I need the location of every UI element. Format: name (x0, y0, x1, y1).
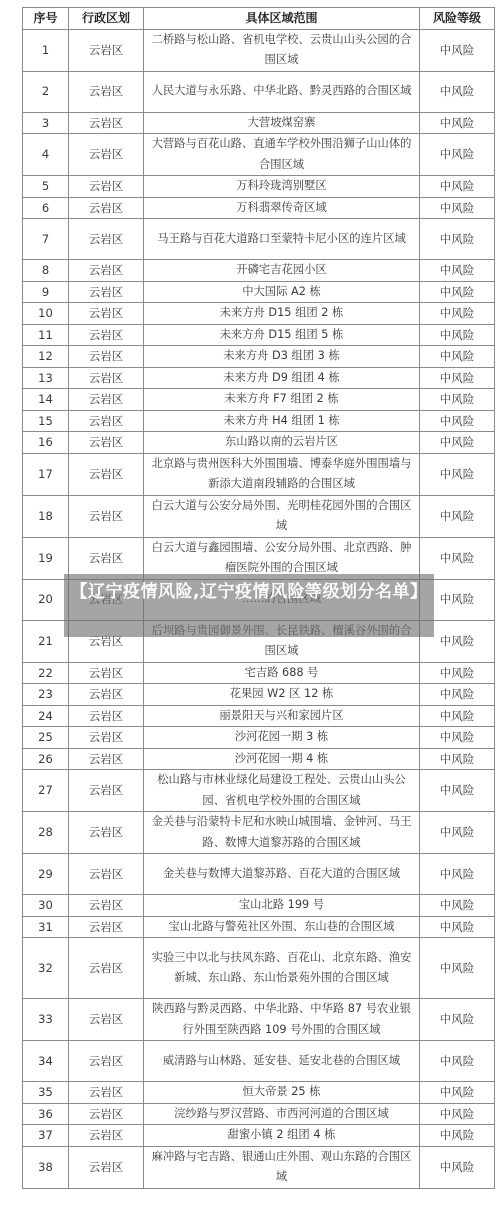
cell-risk-level: 中风险 (420, 176, 495, 198)
cell-risk-level: 中风险 (420, 1125, 495, 1147)
cell-serial-no: 18 (23, 495, 69, 537)
page-top-strip (0, 0, 500, 7)
cell-district: 云岩区 (69, 346, 144, 368)
cell-serial-no: 25 (23, 727, 69, 749)
cell-area-scope: 沙河花园一期 3 栋 (144, 727, 420, 749)
table-row: 22云岩区宅吉路 688 号中风险 (23, 662, 495, 684)
table-row: 25云岩区沙河花园一期 3 栋中风险 (23, 727, 495, 749)
cell-serial-no: 2 (23, 71, 69, 112)
cell-serial-no: 12 (23, 346, 69, 368)
table-row: 11云岩区未来方舟 D15 组团 5 栋中风险 (23, 324, 495, 346)
cell-serial-no: 37 (23, 1125, 69, 1147)
cell-area-scope: 未来方舟 D3 组团 3 栋 (144, 346, 420, 368)
table-row: 33云岩区陕西路与黔灵西路、中华北路、中华路 87 号农业银行外围至陕西路 10… (23, 999, 495, 1041)
cell-risk-level: 中风险 (420, 1146, 495, 1188)
cell-area-scope: 未来方舟 D9 组团 4 栋 (144, 367, 420, 389)
cell-area-scope: 人民大道与永乐路、中华北路、黔灵西路的合围区域 (144, 71, 420, 112)
cell-district: 云岩区 (69, 916, 144, 938)
cell-serial-no: 13 (23, 367, 69, 389)
cell-district: 云岩区 (69, 112, 144, 134)
cell-area-scope: 花果园 W2 区 12 栋 (144, 684, 420, 706)
table-row: 5云岩区万科玲珑湾别墅区中风险 (23, 176, 495, 198)
cell-district: 云岩区 (69, 662, 144, 684)
cell-area-scope: 中大国际 A2 栋 (144, 281, 420, 303)
cell-serial-no: 7 (23, 219, 69, 260)
cell-risk-level: 中风险 (420, 684, 495, 706)
cell-serial-no: 36 (23, 1103, 69, 1125)
cell-serial-no: 27 (23, 770, 69, 812)
table-row: 24云岩区丽景阳天与兴和家园片区中风险 (23, 705, 495, 727)
cell-district: 云岩区 (69, 281, 144, 303)
cell-district: 云岩区 (69, 854, 144, 895)
cell-serial-no: 32 (23, 938, 69, 999)
cell-district: 云岩区 (69, 1146, 144, 1188)
cell-district: 云岩区 (69, 999, 144, 1041)
table-row: 18云岩区白云大道与公安分局外围、光明桂花园外围的合围区域中风险 (23, 495, 495, 537)
cell-area-scope: 东山路以南的云岩片区 (144, 432, 420, 454)
cell-risk-level: 中风险 (420, 367, 495, 389)
cell-risk-level: 中风险 (420, 134, 495, 176)
cell-risk-level: 中风险 (420, 938, 495, 999)
cell-risk-level: 中风险 (420, 112, 495, 134)
cell-district: 云岩区 (69, 727, 144, 749)
table-row: 29云岩区金关巷与数博大道黎苏路、百花大道的合围区域中风险 (23, 854, 495, 895)
cell-area-scope: 松山路与市林业绿化局建设工程处、云贵山山头公园、省机电学校外围的合围区域 (144, 770, 420, 812)
cell-area-scope: 未来方舟 D15 组团 2 栋 (144, 303, 420, 325)
cell-serial-no: 3 (23, 112, 69, 134)
cell-area-scope: 白云大道与鑫园围墙、公安分局外围、北京西路、肿瘤医院外围的合围区域 (144, 537, 420, 579)
table-row: 30云岩区宝山北路 199 号中风险 (23, 895, 495, 917)
table-row: 26云岩区沙河花园一期 4 栋中风险 (23, 748, 495, 770)
cell-district: 云岩区 (69, 1082, 144, 1104)
cell-district: 云岩区 (69, 410, 144, 432)
cell-district: 云岩区 (69, 1125, 144, 1147)
cell-area-scope: 甜蜜小镇 2 组团 4 栋 (144, 1125, 420, 1147)
cell-risk-level: 中风险 (420, 1041, 495, 1082)
cell-risk-level: 中风险 (420, 895, 495, 917)
cell-risk-level: 中风险 (420, 999, 495, 1041)
cell-serial-no: 6 (23, 197, 69, 219)
cell-district: 云岩区 (69, 453, 144, 495)
cell-district: 云岩区 (69, 197, 144, 219)
cell-district: 云岩区 (69, 71, 144, 112)
table-row: 27云岩区松山路与市林业绿化局建设工程处、云贵山山头公园、省机电学校外围的合围区… (23, 770, 495, 812)
cell-risk-level: 中风险 (420, 1082, 495, 1104)
cell-district: 云岩区 (69, 938, 144, 999)
cell-area-scope: 陕西路与黔灵西路、中华北路、中华路 87 号农业银行外围至陕西路 109 号外围… (144, 999, 420, 1041)
cell-serial-no: 9 (23, 281, 69, 303)
cell-risk-level: 中风险 (420, 537, 495, 579)
cell-serial-no: 38 (23, 1146, 69, 1188)
cell-area-scope: 金关巷与数博大道黎苏路、百花大道的合围区域 (144, 854, 420, 895)
cell-risk-level: 中风险 (420, 748, 495, 770)
cell-risk-level: 中风险 (420, 410, 495, 432)
cell-serial-no: 5 (23, 176, 69, 198)
cell-district: 云岩区 (69, 895, 144, 917)
cell-district: 云岩区 (69, 260, 144, 282)
table-row: 37云岩区甜蜜小镇 2 组团 4 栋中风险 (23, 1125, 495, 1147)
cell-serial-no: 23 (23, 684, 69, 706)
cell-risk-level: 中风险 (420, 727, 495, 749)
table-row: 38云岩区麻冲路与宅吉路、银通山庄外围、观山东路的合围区域中风险 (23, 1146, 495, 1188)
cell-district: 云岩区 (69, 770, 144, 812)
cell-serial-no: 4 (23, 134, 69, 176)
cell-serial-no: 20 (23, 579, 69, 620)
cell-district: 云岩区 (69, 324, 144, 346)
cell-district: 云岩区 (69, 705, 144, 727)
table-row: 19云岩区白云大道与鑫园围墙、公安分局外围、北京西路、肿瘤医院外围的合围区域中风… (23, 537, 495, 579)
cell-serial-no: 22 (23, 662, 69, 684)
cell-serial-no: 19 (23, 537, 69, 579)
cell-district: 云岩区 (69, 134, 144, 176)
cell-area-scope: 恒大帝景 25 栋 (144, 1082, 420, 1104)
cell-area-scope: 万科翡翠传奇区域 (144, 197, 420, 219)
cell-risk-level: 中风险 (420, 260, 495, 282)
table-row: 4云岩区大营路与百花山路、直通车学校外围沿狮子山山体的合围区域中风险 (23, 134, 495, 176)
cell-risk-level: 中风险 (420, 303, 495, 325)
table-row: 14云岩区未来方舟 F7 组团 2 栋中风险 (23, 389, 495, 411)
cell-risk-level: 中风险 (420, 916, 495, 938)
cell-risk-level: 中风险 (420, 453, 495, 495)
table-row: 35云岩区恒大帝景 25 栋中风险 (23, 1082, 495, 1104)
cell-area-scope: 未来方舟 H4 组团 1 栋 (144, 410, 420, 432)
cell-district: 云岩区 (69, 812, 144, 854)
cell-area-scope: 金关巷与沿蒙特卡尼和水映山城围墙、金钟河、马王路、数博大道黎苏路的合围区域 (144, 812, 420, 854)
table-row: 15云岩区未来方舟 H4 组团 1 栋中风险 (23, 410, 495, 432)
table-row: 12云岩区未来方舟 D3 组团 3 栋中风险 (23, 346, 495, 368)
table-row: 8云岩区开磷宅吉花园小区中风险 (23, 260, 495, 282)
cell-district: 云岩区 (69, 367, 144, 389)
cell-district: 云岩区 (69, 219, 144, 260)
cell-district: 云岩区 (69, 684, 144, 706)
cell-area-scope: 大营路与百花山路、直通车学校外围沿狮子山山体的合围区域 (144, 134, 420, 176)
cell-risk-level: 中风险 (420, 770, 495, 812)
table-row: 31云岩区宝山北路与警苑社区外围、东山巷的合围区域中风险 (23, 916, 495, 938)
table-row: 36云岩区浣纱路与罗汉营路、市西河河道的合围区域中风险 (23, 1103, 495, 1125)
cell-risk-level: 中风险 (420, 281, 495, 303)
cell-serial-no: 31 (23, 916, 69, 938)
cell-risk-level: 中风险 (420, 346, 495, 368)
cell-risk-level: 中风险 (420, 324, 495, 346)
cell-serial-no: 29 (23, 854, 69, 895)
cell-area-scope: 实验三中以北与扶风东路、百花山、北京东路、渔安新城、东山路、东山怡景苑外围的合围… (144, 938, 420, 999)
cell-area-scope: 大营坡煤窑寨 (144, 112, 420, 134)
table-row: 3云岩区大营坡煤窑寨中风险 (23, 112, 495, 134)
cell-risk-level: 中风险 (420, 389, 495, 411)
table-row: 32云岩区实验三中以北与扶风东路、百花山、北京东路、渔安新城、东山路、东山怡景苑… (23, 938, 495, 999)
table-row: 16云岩区东山路以南的云岩片区中风险 (23, 432, 495, 454)
table-row: 23云岩区花果园 W2 区 12 栋中风险 (23, 684, 495, 706)
cell-district: 云岩区 (69, 495, 144, 537)
cell-serial-no: 30 (23, 895, 69, 917)
cell-district: 云岩区 (69, 303, 144, 325)
cell-risk-level: 中风险 (420, 495, 495, 537)
cell-area-scope: 马王路与百花大道路口至蒙特卡尼小区的连片区域 (144, 219, 420, 260)
caption-overlay: 【辽宁疫情风险,辽宁疫情风险等级划分名单】 (64, 574, 434, 637)
cell-risk-level: 中风险 (420, 197, 495, 219)
cell-risk-level: 中风险 (420, 219, 495, 260)
cell-area-scope: 威清路与山林路、延安巷、延安北巷的合围区域 (144, 1041, 420, 1082)
cell-risk-level: 中风险 (420, 432, 495, 454)
table-row: 2云岩区人民大道与永乐路、中华北路、黔灵西路的合围区域中风险 (23, 71, 495, 112)
cell-district: 云岩区 (69, 537, 144, 579)
header-serial-no: 序号 (23, 8, 69, 30)
cell-area-scope: 北京路与贵州医科大外围围墙、博泰华庭外围围墙与新添大道南段辅路的合围区域 (144, 453, 420, 495)
header-area-scope: 具体区域范围 (144, 8, 420, 30)
cell-area-scope: 沙河花园一期 4 栋 (144, 748, 420, 770)
table-row: 13云岩区未来方舟 D9 组团 4 栋中风险 (23, 367, 495, 389)
cell-area-scope: 万科玲珑湾别墅区 (144, 176, 420, 198)
cell-serial-no: 1 (23, 29, 69, 71)
cell-serial-no: 28 (23, 812, 69, 854)
cell-district: 云岩区 (69, 1103, 144, 1125)
cell-area-scope: 麻冲路与宅吉路、银通山庄外围、观山东路的合围区域 (144, 1146, 420, 1188)
cell-area-scope: 宝山北路 199 号 (144, 895, 420, 917)
cell-serial-no: 15 (23, 410, 69, 432)
table-row: 34云岩区威清路与山林路、延安巷、延安北巷的合围区域中风险 (23, 1041, 495, 1082)
cell-risk-level: 中风险 (420, 29, 495, 71)
cell-serial-no: 8 (23, 260, 69, 282)
cell-district: 云岩区 (69, 1041, 144, 1082)
cell-district: 云岩区 (69, 389, 144, 411)
cell-serial-no: 16 (23, 432, 69, 454)
cell-risk-level: 中风险 (420, 71, 495, 112)
cell-area-scope: 丽景阳天与兴和家园片区 (144, 705, 420, 727)
cell-area-scope: 开磷宅吉花园小区 (144, 260, 420, 282)
cell-serial-no: 33 (23, 999, 69, 1041)
table-row: 9云岩区中大国际 A2 栋中风险 (23, 281, 495, 303)
table-header-row: 序号 行政区划 具体区域范围 风险等级 (23, 8, 495, 30)
header-district: 行政区划 (69, 8, 144, 30)
table-row: 7云岩区马王路与百花大道路口至蒙特卡尼小区的连片区域中风险 (23, 219, 495, 260)
cell-serial-no: 17 (23, 453, 69, 495)
table-row: 1云岩区二桥路与松山路、省机电学校、云贵山山头公园的合围区域中风险 (23, 29, 495, 71)
cell-serial-no: 35 (23, 1082, 69, 1104)
cell-serial-no: 26 (23, 748, 69, 770)
cell-risk-level: 中风险 (420, 812, 495, 854)
cell-serial-no: 21 (23, 620, 69, 662)
cell-area-scope: 未来方舟 D15 组团 5 栋 (144, 324, 420, 346)
cell-area-scope: 未来方舟 F7 组团 2 栋 (144, 389, 420, 411)
cell-serial-no: 34 (23, 1041, 69, 1082)
cell-area-scope: 宝山北路与警苑社区外围、东山巷的合围区域 (144, 916, 420, 938)
table-row: 28云岩区金关巷与沿蒙特卡尼和水映山城围墙、金钟河、马王路、数博大道黎苏路的合围… (23, 812, 495, 854)
cell-serial-no: 24 (23, 705, 69, 727)
cell-serial-no: 11 (23, 324, 69, 346)
cell-serial-no: 10 (23, 303, 69, 325)
cell-serial-no: 14 (23, 389, 69, 411)
table-row: 17云岩区北京路与贵州医科大外围围墙、博泰华庭外围围墙与新添大道南段辅路的合围区… (23, 453, 495, 495)
cell-area-scope: 白云大道与公安分局外围、光明桂花园外围的合围区域 (144, 495, 420, 537)
cell-district: 云岩区 (69, 176, 144, 198)
cell-area-scope: 宅吉路 688 号 (144, 662, 420, 684)
table-row: 6云岩区万科翡翠传奇区域中风险 (23, 197, 495, 219)
header-risk-level: 风险等级 (420, 8, 495, 30)
cell-risk-level: 中风险 (420, 705, 495, 727)
table-row: 10云岩区未来方舟 D15 组团 2 栋中风险 (23, 303, 495, 325)
cell-risk-level: 中风险 (420, 662, 495, 684)
cell-area-scope: 二桥路与松山路、省机电学校、云贵山山头公园的合围区域 (144, 29, 420, 71)
cell-district: 云岩区 (69, 748, 144, 770)
cell-district: 云岩区 (69, 29, 144, 71)
cell-area-scope: 浣纱路与罗汉营路、市西河河道的合围区域 (144, 1103, 420, 1125)
cell-risk-level: 中风险 (420, 854, 495, 895)
cell-risk-level: 中风险 (420, 1103, 495, 1125)
cell-district: 云岩区 (69, 432, 144, 454)
